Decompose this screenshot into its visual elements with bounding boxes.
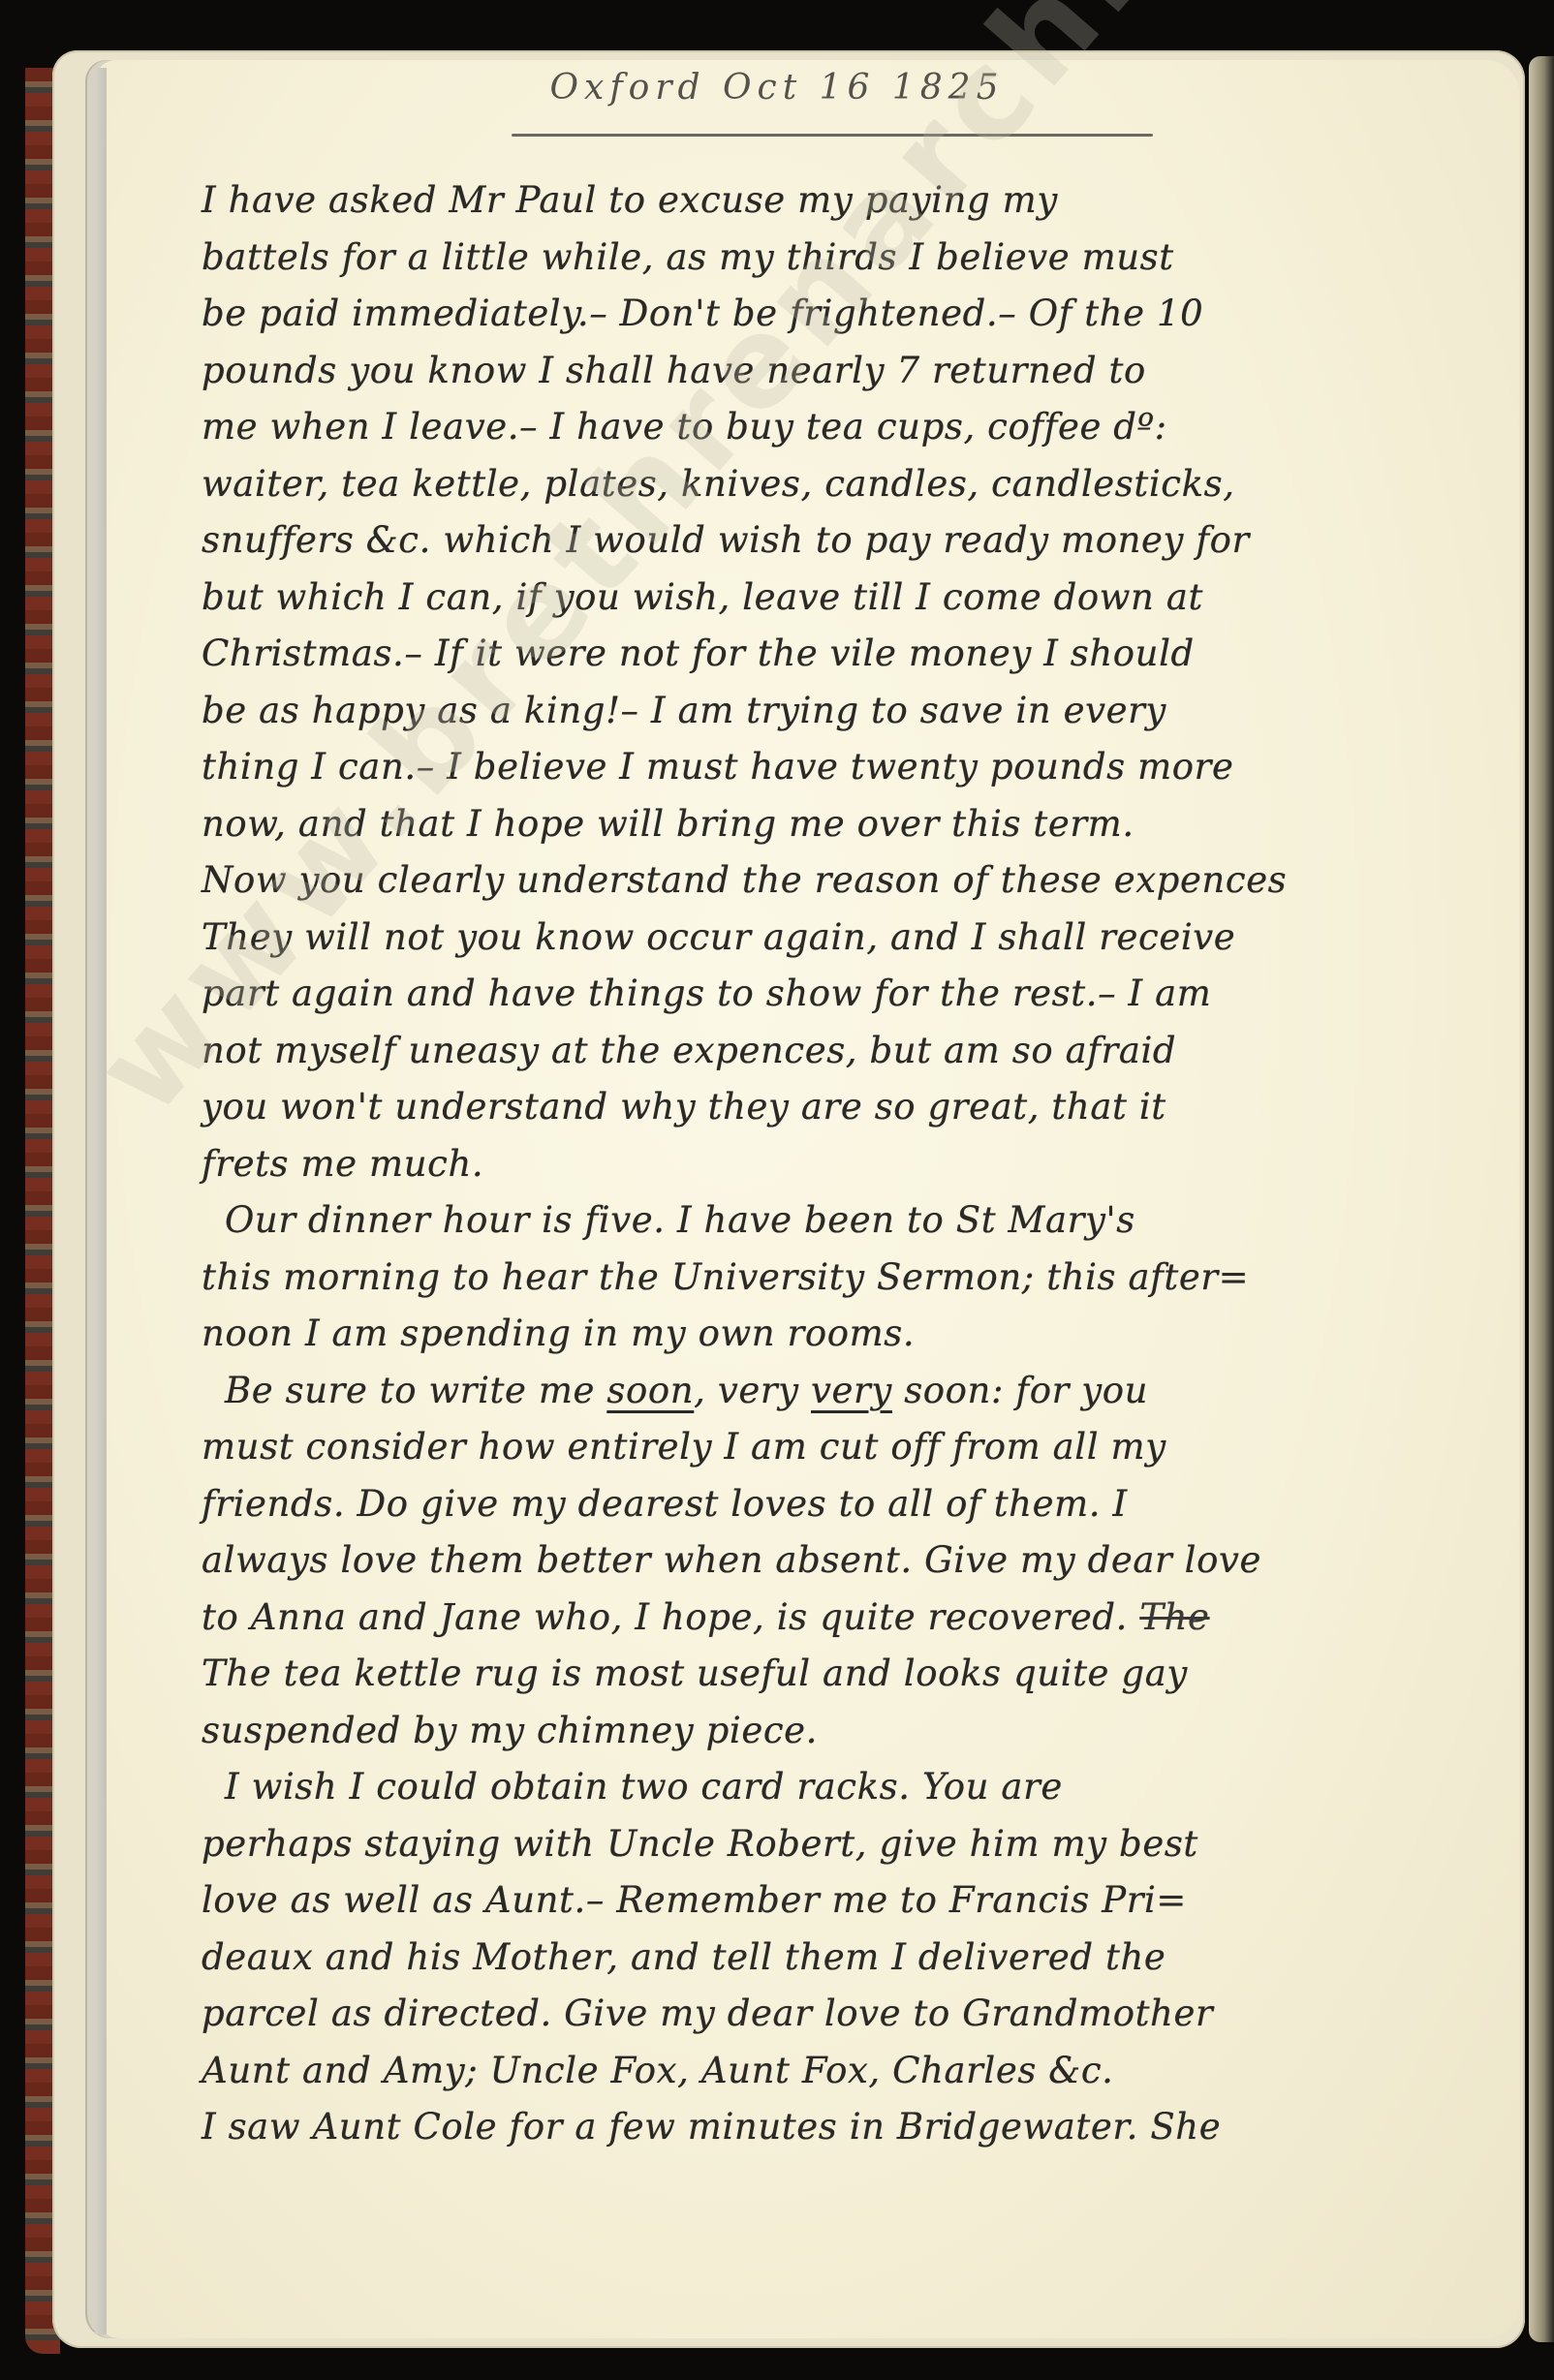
page-gutter-shadow xyxy=(95,68,107,2334)
letter-line: me when I leave.– I have to buy tea cups… xyxy=(202,399,1500,456)
letter-line: They will not you know occur again, and … xyxy=(202,910,1500,967)
letter-line: battels for a little while, as my thirds… xyxy=(202,230,1500,287)
letter-line: snuffers &c. which I would wish to pay r… xyxy=(202,512,1500,570)
letter-line: not myself uneasy at the expences, but a… xyxy=(202,1023,1500,1080)
adjacent-page-edge xyxy=(1529,56,1554,2342)
letter-line: noon I am spending in my own rooms. xyxy=(202,1306,1500,1363)
letter-line: Christmas.– If it were not for the vile … xyxy=(202,626,1500,683)
letter-line: now, and that I hope will bring me over … xyxy=(202,796,1500,853)
letter-line: be paid immediately.– Don't be frightene… xyxy=(202,286,1500,343)
letter-line: The tea kettle rug is most useful and lo… xyxy=(202,1646,1500,1703)
letter-line: Aunt and Amy; Uncle Fox, Aunt Fox, Charl… xyxy=(202,2043,1500,2100)
underlined-word: soon xyxy=(606,1370,694,1411)
letter-date-header: Oxford Oct 16 1825 xyxy=(0,68,1554,108)
letter-line: thing I can.– I believe I must have twen… xyxy=(202,739,1500,796)
letter-line: friends. Do give my dearest loves to all… xyxy=(202,1476,1500,1533)
letter-line: perhaps staying with Uncle Robert, give … xyxy=(202,1816,1500,1873)
letter-line: waiter, tea kettle, plates, knives, cand… xyxy=(202,456,1500,513)
letter-line: but which I can, if you wish, leave till… xyxy=(202,570,1500,627)
letter-line: pounds you know I shall have nearly 7 re… xyxy=(202,343,1500,400)
letter-line: deaux and his Mother, and tell them I de… xyxy=(202,1930,1500,1987)
struck-out-word: The xyxy=(1139,1596,1209,1638)
header-underline xyxy=(512,134,1153,137)
letter-line: always love them better when absent. Giv… xyxy=(202,1532,1500,1590)
letter-line: Now you clearly understand the reason of… xyxy=(202,852,1500,910)
manuscript-scan: Oxford Oct 16 1825 I have asked Mr Paul … xyxy=(0,0,1554,2380)
letter-line: frets me much. xyxy=(202,1136,1500,1193)
letter-line: this morning to hear the University Serm… xyxy=(202,1250,1500,1307)
letter-body: I have asked Mr Paul to excuse my paying… xyxy=(202,172,1500,2156)
line-text: soon: for you xyxy=(892,1370,1148,1411)
letter-line: parcel as directed. Give my dear love to… xyxy=(202,1986,1500,2043)
letter-line: part again and have things to show for t… xyxy=(202,966,1500,1023)
underlined-word: very xyxy=(811,1370,892,1411)
letter-line: must consider how entirely I am cut off … xyxy=(202,1419,1500,1476)
letter-line: you won't understand why they are so gre… xyxy=(202,1079,1500,1136)
letter-line: suspended by my chimney piece. xyxy=(202,1703,1500,1760)
letter-line: be as happy as a king!– I am trying to s… xyxy=(202,683,1500,740)
letter-line: I have asked Mr Paul to excuse my paying… xyxy=(202,172,1500,230)
line-text: , very xyxy=(694,1370,811,1411)
letter-line: I saw Aunt Cole for a few minutes in Bri… xyxy=(202,2099,1500,2156)
letter-line: love as well as Aunt.– Remember me to Fr… xyxy=(202,1872,1500,1930)
paragraph-start-line: I wish I could obtain two card racks. Yo… xyxy=(202,1759,1500,1816)
paragraph-start-line: Our dinner hour is five. I have been to … xyxy=(202,1192,1500,1250)
line-text: to Anna and Jane who, I hope, is quite r… xyxy=(202,1596,1139,1638)
letter-line: to Anna and Jane who, I hope, is quite r… xyxy=(202,1590,1500,1647)
paragraph-start-line: Be sure to write me soon, very very soon… xyxy=(202,1363,1500,1420)
line-text: Be sure to write me xyxy=(225,1370,606,1411)
